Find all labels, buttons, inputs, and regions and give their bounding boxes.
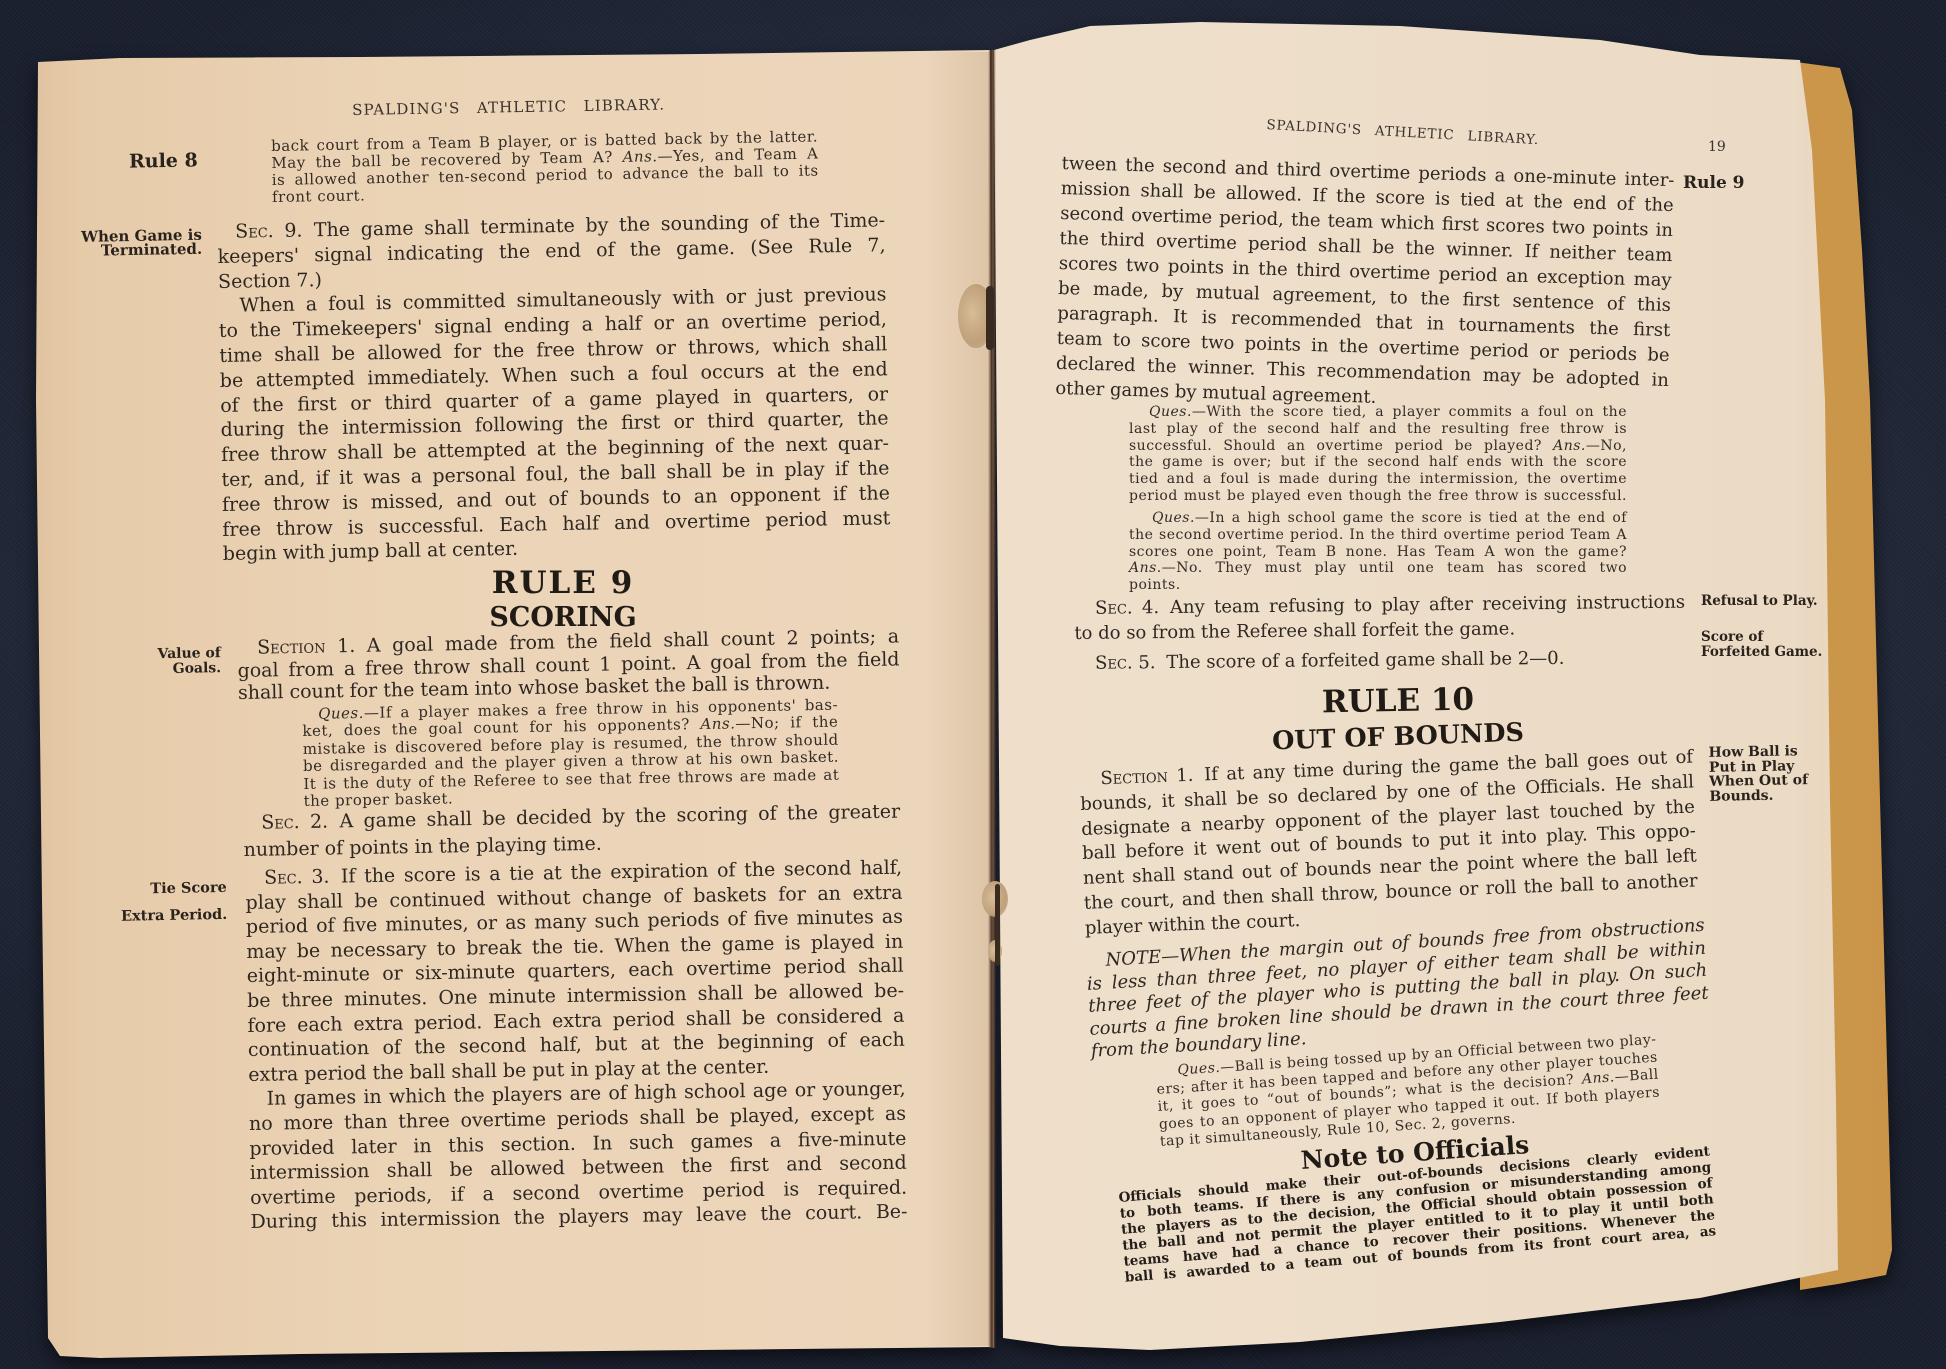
spine-shadow bbox=[925, 52, 991, 1346]
text-line: the second overtime period. In the third… bbox=[1129, 527, 1627, 544]
section-label: Sec. 3. bbox=[264, 866, 330, 889]
rule-9-section-3: Sec. 3.If the score is a tie at the expi… bbox=[245, 856, 908, 1235]
question-label: Ques. bbox=[1177, 1060, 1221, 1079]
text-line: the game is over; but if the second half… bbox=[1129, 454, 1627, 471]
text-span: —With the score tied, a player commits a… bbox=[1192, 404, 1627, 420]
section-1-question: Ques.—If a player makes a free throw in … bbox=[302, 697, 840, 811]
section-label: Section 1. bbox=[1100, 765, 1194, 789]
text-span: successful. Should an overtime period be… bbox=[1129, 438, 1553, 454]
rule-9-section-1: Section 1.A goal made from the field sha… bbox=[237, 625, 900, 704]
margin-note-score-of-forfeited-game: Score of Forfeited Game. bbox=[1701, 630, 1822, 660]
question-label: Ques. bbox=[318, 704, 364, 723]
text-span: The score of a forfeited game shall be 2… bbox=[1166, 648, 1564, 673]
question-tie-score: Ques.—With the score tied, a player comm… bbox=[1129, 404, 1627, 505]
question-high-school: Ques.—In a high school game the score is… bbox=[1129, 510, 1627, 594]
margin-note-line: Extra Period. bbox=[100, 901, 227, 930]
rule-10-section-1: Section 1.If at any time during the game… bbox=[1079, 746, 1699, 942]
margin-note-when-game-terminated: When Game is Terminated. bbox=[60, 228, 202, 258]
rule-9-subtitle: SCORING bbox=[480, 604, 646, 631]
text-span: Any team refusing to play after receivin… bbox=[1170, 592, 1685, 618]
question-label: Ques. bbox=[1149, 404, 1192, 420]
book-spine bbox=[988, 50, 996, 1348]
margin-note-line: Goals. bbox=[120, 661, 221, 678]
text-line: scores one point, Team B none. Has Team … bbox=[1129, 544, 1627, 561]
margin-note-line: Bounds. bbox=[1709, 788, 1808, 804]
continued-question: back court from a Team B player, or is b… bbox=[271, 128, 819, 206]
section-label: Sec. 5. bbox=[1095, 652, 1156, 674]
text-line: Ans.—No. They must play until one team h… bbox=[1129, 560, 1627, 577]
text-line: tied and a foul is made during the inter… bbox=[1129, 471, 1627, 488]
margin-note-tie-score: Tie Score Extra Period. bbox=[100, 874, 228, 930]
rule-9-title: RULE 9 bbox=[480, 568, 646, 599]
rule-10-title: RULE 10 bbox=[1310, 684, 1487, 718]
section-label: Section 1. bbox=[257, 635, 356, 659]
answer-label: Ans. bbox=[1129, 560, 1162, 576]
text-span: —No; if the bbox=[735, 713, 838, 733]
rule-9-section-2: Sec. 2.A game shall be decided by the sc… bbox=[243, 799, 901, 864]
margin-note-refusal-to-play: Refusal to Play. bbox=[1701, 594, 1818, 609]
staple-wire-lower bbox=[995, 884, 1000, 966]
answer-label: Ans. bbox=[622, 147, 657, 166]
note-label: NOTE bbox=[1105, 947, 1162, 971]
margin-note-line: Score of bbox=[1701, 630, 1822, 645]
answer-label: Ans. bbox=[1582, 1069, 1616, 1087]
margin-note-line: Tie Score bbox=[100, 874, 227, 903]
margin-note-line: Forfeited Game. bbox=[1701, 645, 1822, 660]
answer-label: Ans. bbox=[1553, 438, 1586, 454]
text-span: —In a high school game the score is tied… bbox=[1195, 510, 1627, 526]
staple-wire-upper bbox=[986, 286, 994, 350]
margin-rule-8: Rule 8 bbox=[129, 149, 198, 172]
text-span: —No. They must play until one team has s… bbox=[1162, 560, 1627, 576]
answer-label: Ans. bbox=[700, 715, 735, 734]
text-line: Ques.—With the score tied, a player comm… bbox=[1129, 404, 1627, 421]
text-line: Ques.—In a high school game the score is… bbox=[1129, 510, 1627, 527]
text-line: period must be played even though the fr… bbox=[1129, 488, 1627, 505]
text-span: —Ball bbox=[1614, 1067, 1659, 1086]
rule-9-section-4: Sec. 4.Any team refusing to play after r… bbox=[1074, 590, 1685, 646]
section-label: Sec. 9. bbox=[235, 220, 303, 243]
margin-rule-9: Rule 9 bbox=[1683, 173, 1745, 193]
text-span: —No, bbox=[1586, 438, 1627, 454]
margin-note-value-of-goals: Value of Goals. bbox=[120, 646, 222, 678]
text-line: last play of the second half and the res… bbox=[1129, 421, 1627, 438]
section-label: Sec. 2. bbox=[261, 811, 328, 834]
section-label: Sec. 4. bbox=[1095, 597, 1159, 619]
question-label: Ques. bbox=[1152, 510, 1195, 526]
rule-9-continued-text: tween the second and third overtime peri… bbox=[1055, 151, 1675, 418]
section-9: Sec. 9.The game shall terminate by the s… bbox=[217, 208, 891, 567]
page-number: 19 bbox=[1708, 139, 1726, 155]
text-line: successful. Should an overtime period be… bbox=[1129, 438, 1627, 455]
margin-note-how-ball-is-put-in-play: How Ball is Put in Play When Out of Boun… bbox=[1708, 744, 1808, 805]
